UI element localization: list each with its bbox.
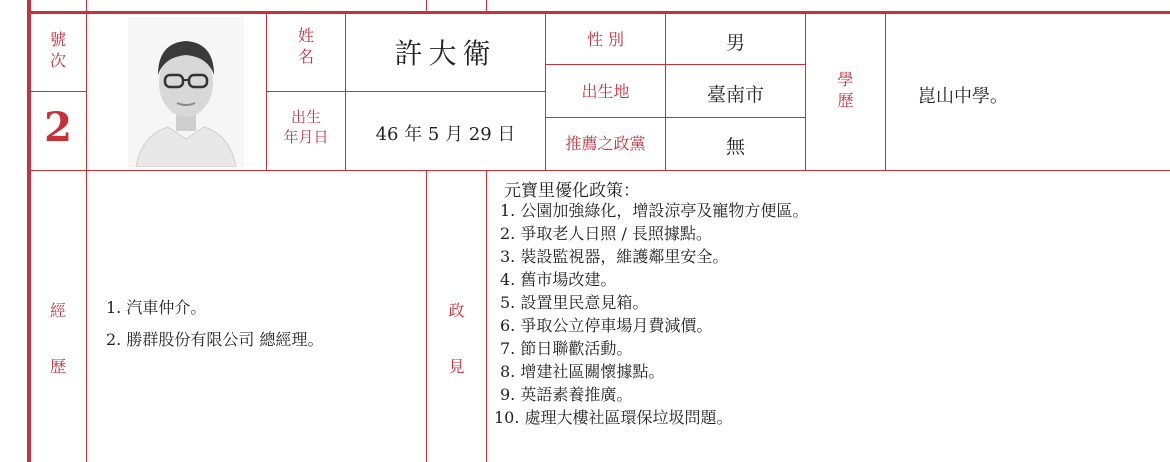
platform-title: 元寶里優化政策： xyxy=(504,176,640,201)
platform-item: 4. 舊市場改建。 xyxy=(500,268,808,291)
attr-row-divider-1 xyxy=(545,64,805,65)
upper-col-divider-a xyxy=(86,0,87,11)
upper-col-divider-b xyxy=(426,0,427,11)
platform-item: 6. 爭取公立停車場月費減價。 xyxy=(500,314,808,337)
platform-label: 政 見 xyxy=(427,283,486,395)
candidate-name: 許大衛 xyxy=(346,32,545,72)
name-row-divider xyxy=(266,91,545,92)
gender-label: 性 別 xyxy=(546,30,665,51)
platform-item: 3. 裝設監視器，維護鄰里安全。 xyxy=(500,245,808,268)
birth-date: 46 年 5 月 29 日 xyxy=(346,120,545,146)
gender-value: 男 xyxy=(666,28,805,55)
platform-item: 7. 節日聯歡活動。 xyxy=(500,337,808,360)
experience-item: 2. 勝群股份有限公司 總經理。 xyxy=(106,324,323,356)
col-divider-edu-value xyxy=(885,12,886,170)
experience-item: 1. 汽車仲介。 xyxy=(106,292,323,324)
platform-item: 8. 增建社區關懷據點。 xyxy=(500,360,808,383)
education-label: 學 歷 xyxy=(806,70,885,112)
platform-item: 2. 爭取老人日照 / 長照據點。 xyxy=(500,222,808,245)
platform-item: 9. 英語素養推廣。 xyxy=(500,383,808,406)
platform-item: 5. 設置里民意見箱。 xyxy=(500,291,808,314)
education-value: 崑山中學。 xyxy=(918,82,1008,108)
platform-item: 1. 公園加強綠化，增設涼亭及寵物方便區。 xyxy=(500,199,808,222)
col-divider-number xyxy=(86,12,87,462)
platform-list: 1. 公園加強綠化，增設涼亭及寵物方便區。 2. 爭取老人日照 / 長照據點。 … xyxy=(500,199,808,429)
upper-col-divider-c xyxy=(486,0,487,11)
name-label: 姓 名 xyxy=(267,26,345,68)
attr-row-divider-2 xyxy=(545,117,805,118)
birthplace-label: 出生地 xyxy=(546,82,665,103)
party-label: 推薦之政黨 xyxy=(546,134,665,155)
row-divider-main xyxy=(28,170,1170,171)
birth-date-label: 出生 年月日 xyxy=(267,108,345,147)
portrait-icon xyxy=(128,17,244,167)
candidate-photo xyxy=(128,17,244,167)
party-value: 無 xyxy=(666,132,805,159)
platform-item: 10. 處理大樓社區環保垃圾問題。 xyxy=(494,406,808,429)
experience-label: 經 歷 xyxy=(30,283,86,395)
top-border xyxy=(28,11,1170,14)
candidate-number: 2 xyxy=(30,108,86,148)
col-divider-platform-label-right xyxy=(486,170,487,462)
experience-list: 1. 汽車仲介。 2. 勝群股份有限公司 總經理。 xyxy=(106,292,323,356)
number-label: 號 次 xyxy=(30,30,86,72)
birthplace-value: 臺南市 xyxy=(666,80,805,107)
number-row-divider xyxy=(28,91,86,92)
